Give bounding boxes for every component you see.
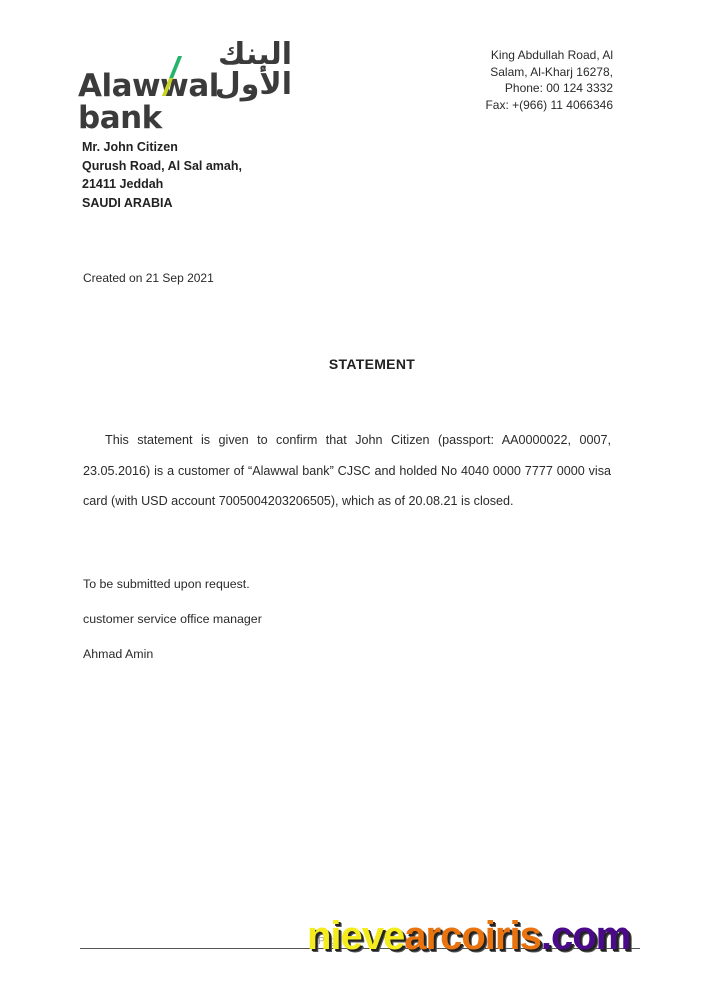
recipient-city: 21411 Jeddah xyxy=(82,175,242,194)
document-title: STATEMENT xyxy=(0,356,720,372)
watermark: nievearcoiris.com xyxy=(307,912,630,960)
bank-logo: البنك الأول Alawwal bank xyxy=(78,40,298,102)
bank-phone: Phone: 00 124 3332 xyxy=(413,80,613,97)
bank-address: King Abdullah Road, Al Salam, Al-Kharj 1… xyxy=(413,47,613,113)
recipient-name: Mr. John Citizen xyxy=(82,138,242,157)
statement-paragraph: This statement is given to confirm that … xyxy=(83,425,611,517)
watermark-part-3: .com xyxy=(541,914,630,958)
logo-english-text: Alawwal bank xyxy=(78,70,298,134)
signatory-position: customer service office manager xyxy=(83,612,262,626)
signatory-name: Ahmad Amin xyxy=(83,647,153,661)
created-date: Created on 21 Sep 2021 xyxy=(83,271,214,285)
recipient-street: Qurush Road, Al Sal amah, xyxy=(82,157,242,176)
statement-body: This statement is given to confirm that … xyxy=(83,425,611,517)
submission-note: To be submitted upon request. xyxy=(83,577,250,591)
watermark-part-1: nieve xyxy=(307,914,404,958)
recipient-country: SAUDI ARABIA xyxy=(82,194,242,213)
watermark-part-2: arcoiris xyxy=(404,914,541,958)
bank-fax: Fax: +(966) 11 4066346 xyxy=(413,97,613,114)
bank-address-line: King Abdullah Road, Al xyxy=(413,47,613,64)
recipient-address: Mr. John Citizen Qurush Road, Al Sal ama… xyxy=(82,138,242,212)
bank-address-line: Salam, Al-Kharj 16278, xyxy=(413,64,613,81)
